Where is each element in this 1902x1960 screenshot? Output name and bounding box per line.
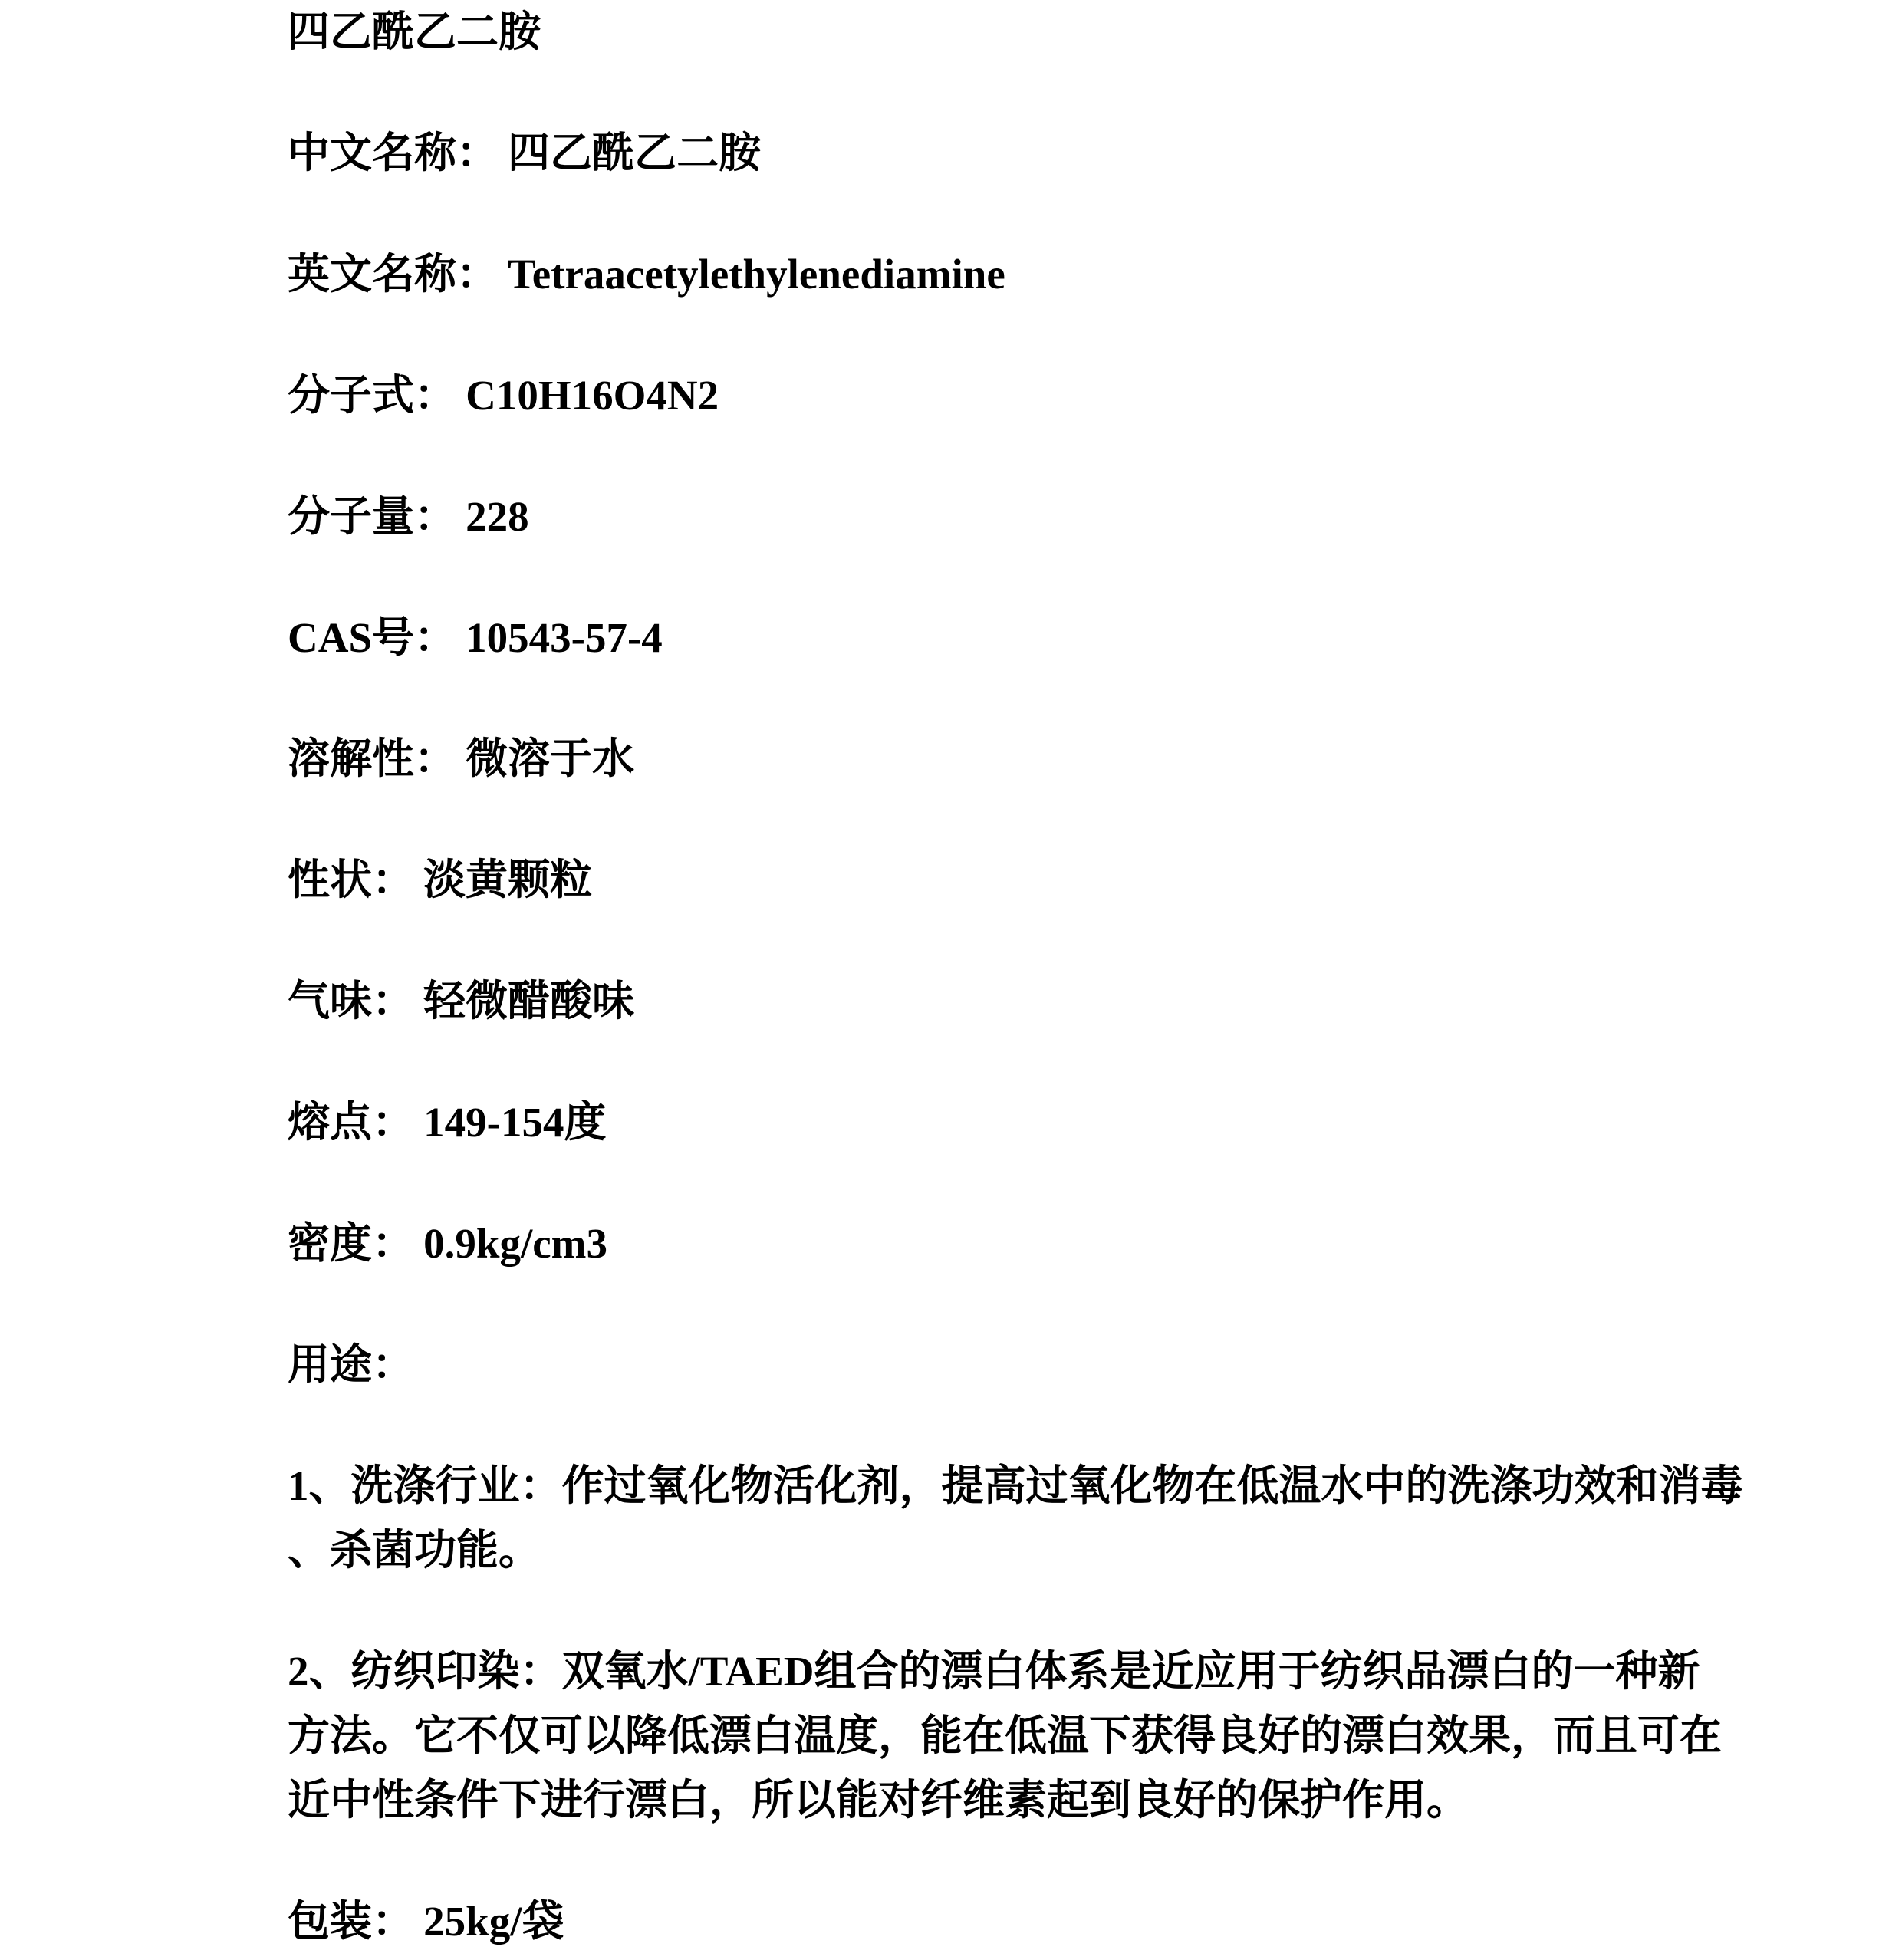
property-row-appearance: 性状：淡黄颗粒 <box>288 848 1787 913</box>
property-value: 149-154度 <box>423 1099 606 1146</box>
document-body: { "page": { "background": "#ffffff", "te… <box>0 0 1902 1960</box>
colon-separator: ： <box>456 251 499 298</box>
property-value: Tetraacetylethylenediamine <box>508 251 1005 298</box>
colon-separator: ： <box>372 1898 414 1945</box>
colon-separator: ： <box>372 1220 414 1267</box>
document-title: 四乙酰乙二胺 <box>288 0 1787 64</box>
property-row-odor: 气味：轻微醋酸味 <box>288 969 1787 1034</box>
use-item-line: 方法。它不仅可以降低漂白温度，能在低温下获得良好的漂白效果，而且可在 <box>288 1704 1787 1768</box>
use-item-line: 、杀菌功能。 <box>288 1518 1787 1583</box>
property-value: 10543-57-4 <box>466 614 663 661</box>
property-label: CAS号 <box>288 614 414 661</box>
use-item-line: 2、纺织印染：双氧水/TAED组合的漂白体系是近应用于纺织品漂白的一种新 <box>288 1639 1787 1704</box>
property-label: 气味 <box>288 978 372 1024</box>
property-value: 228 <box>466 493 529 540</box>
property-value: 0.9kg/cm3 <box>423 1220 607 1267</box>
colon-separator: ： <box>414 614 456 661</box>
uses-heading: 用途： <box>288 1333 1787 1397</box>
colon-separator: ： <box>372 1099 414 1146</box>
property-label: 分子量 <box>288 493 414 540</box>
property-row-cas-number: CAS号：10543-57-4 <box>288 606 1787 670</box>
property-value: C10H16O4N2 <box>466 372 719 419</box>
property-value: 轻微醋酸味 <box>423 978 634 1024</box>
use-item-detergent: 1、洗涤行业：作过氧化物活化剂，提高过氧化物在低温水中的洗涤功效和消毒 、杀菌功… <box>288 1454 1787 1583</box>
property-value: 淡黄颗粒 <box>423 857 592 903</box>
property-label: 英文名称 <box>288 251 456 298</box>
property-row-molecular-weight: 分子量：228 <box>288 485 1787 549</box>
property-label: 熔点 <box>288 1099 372 1146</box>
use-item-textile: 2、纺织印染：双氧水/TAED组合的漂白体系是近应用于纺织品漂白的一种新 方法。… <box>288 1639 1787 1833</box>
property-row-molecular-formula: 分子式：C10H16O4N2 <box>288 363 1787 428</box>
colon-separator: ： <box>456 130 499 176</box>
colon-separator: ： <box>414 493 456 540</box>
property-label: 密度 <box>288 1220 372 1267</box>
colon-separator: ： <box>414 735 456 782</box>
property-label: 溶解性 <box>288 735 414 782</box>
colon-separator: ： <box>372 857 414 903</box>
packaging-row: 包装：25kg/袋 <box>288 1889 1787 1954</box>
property-row-chinese-name: 中文名称：四乙酰乙二胺 <box>288 121 1787 186</box>
property-row-melting-point: 熔点：149-154度 <box>288 1090 1787 1155</box>
property-label: 中文名称 <box>288 130 456 176</box>
colon-separator: ： <box>414 372 456 419</box>
property-value: 25kg/袋 <box>423 1898 564 1945</box>
property-value: 四乙酰乙二胺 <box>508 130 761 176</box>
property-label: 包装 <box>288 1898 372 1945</box>
property-row-english-name: 英文名称：Tetraacetylethylenediamine <box>288 242 1787 307</box>
property-row-solubility: 溶解性：微溶于水 <box>288 727 1787 791</box>
document-page: 四乙酰乙二胺 中文名称：四乙酰乙二胺 英文名称：Tetraacetylethyl… <box>0 0 1902 1960</box>
colon-separator: ： <box>372 978 414 1024</box>
property-row-density: 密度：0.9kg/cm3 <box>288 1212 1787 1276</box>
property-label: 性状 <box>288 857 372 903</box>
use-item-line: 1、洗涤行业：作过氧化物活化剂，提高过氧化物在低温水中的洗涤功效和消毒 <box>288 1454 1787 1518</box>
property-value: 微溶于水 <box>466 735 634 782</box>
use-item-line: 近中性条件下进行漂白，所以能对纤维素起到良好的保护作用。 <box>288 1768 1787 1833</box>
property-label: 分子式 <box>288 372 414 419</box>
